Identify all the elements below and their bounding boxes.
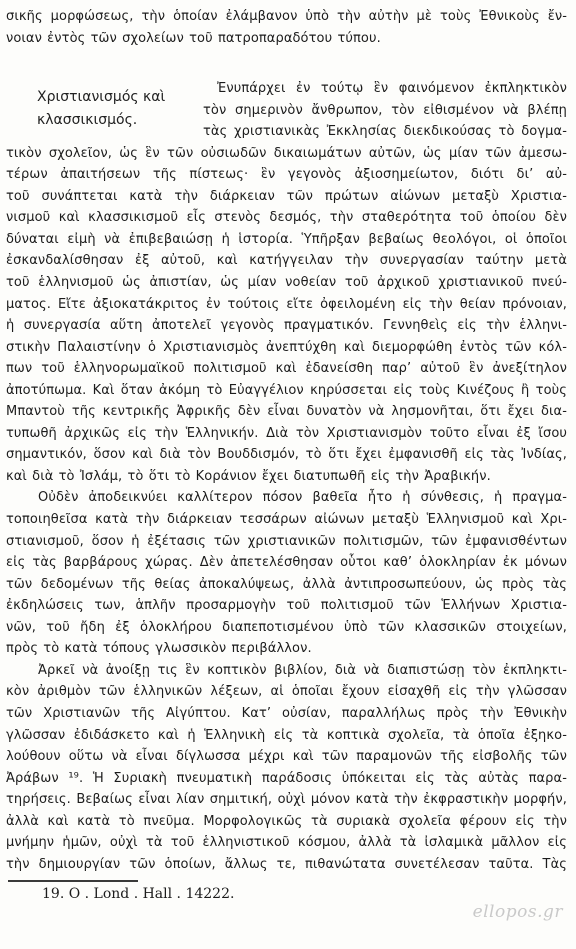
- text-line: τῶν δεδομένων τῆς θείας ἀποκαλύψεως, ἀλλ…: [6, 574, 567, 596]
- text-line: Μπαντοὺ τῆς κεντρικῆς Ἀφρικῆς δὲν εἶναι …: [6, 401, 567, 423]
- text-line: τὴν δημιουργίαν τῶν ὁποίων, ἄλλως τε, πι…: [6, 854, 567, 876]
- text-line: εἰς τὰς βαρβάρους χώρας. Δὲν ἀπετελέσθησ…: [6, 552, 567, 574]
- text-line: τοῦ ἑλληνισμοῦ ὡς ἀπιστίαν, ὡς μίαν νοθε…: [6, 272, 567, 294]
- text-lines: σικῆς μορφώσεως, τὴν ὁποίαν ἐλάμβανον ὑπ…: [6, 6, 567, 875]
- text-line: Ἐνυπάρχει ἐν τούτῳ ἓν φαινόμενον ἐκπληκτ…: [203, 78, 567, 100]
- text-line: κὸν ἀριθμὸν τῶν ἑλληνικῶν λέξεων, αἱ ὁπο…: [6, 681, 567, 703]
- text-line: καὶ διὰ τὸ Ἰσλάμ, τὸ ὅτι τὸ Κοράνιον ἔχε…: [6, 466, 567, 488]
- text-line: τυπωθῆ ἀρχικῶς εἰς τὴν Ἑλληνικήν. Διὰ τὸ…: [6, 423, 567, 445]
- text-line: τικὸν σχολεῖον, ὡς ἓν τῶν οὐσιωδῶν δικαι…: [6, 143, 567, 165]
- text-line: νισμοῦ καὶ κλασσικισμοῦ εἷς στενὸς δεσμό…: [6, 207, 567, 229]
- text-line: τοποιηθεῖσα κατὰ τὴν διάρκειαν τεσσάρων …: [6, 509, 567, 531]
- watermark: ellopos.gr: [473, 902, 563, 922]
- text-line: τῶν Χριστιανῶν τῆς Αἰγύπτου. Κατ’ οὐσίαν…: [6, 703, 567, 725]
- text-line: μνήμην ἡμῶν, οὐχὶ τὰ τοῦ ἑλληνιστικοῦ κό…: [6, 832, 567, 854]
- text-line: τὰς χριστιανικὰς Ἐκκλησίας διεκδικούσας …: [203, 121, 567, 143]
- text-line: νοιαν ἐντὸς τῶν σχολείων τοῦ πατροπαραδό…: [6, 28, 567, 50]
- text-line: σικῆς μορφώσεως, τὴν ὁποίαν ἐλάμβανον ὑπ…: [6, 6, 567, 28]
- text-line: Οὐδὲν ἀποδεικνύει καλλίτερον πόσον βαθεῖ…: [6, 487, 567, 509]
- text-line: στικὴν Παλαιστίνην ὁ Χριστιανισμὸς ἀνεπτ…: [6, 337, 567, 359]
- text-line: ἐσκανδαλίσθησαν ἐξ αὐτοῦ, καὶ κατήγγειλα…: [6, 250, 567, 272]
- text-line: τηρήσεις. Βεβαίως εἶναι λίαν σημιτική, ο…: [6, 789, 567, 811]
- text-line: σημαντικόν, ὅσον καὶ διὰ τὸν Βουδδισμόν,…: [6, 444, 567, 466]
- scanned-book-page: Χριστιανισμός καὶ κλασσικισμός. σικῆς μο…: [0, 0, 576, 949]
- text-line: πρὸς τὸ κατὰ τόπους γλωσσικὸν περιβάλλον…: [6, 638, 567, 660]
- text-line: ματος. Εἴτε ἀξιοκατάκριτος ἐν τούτοις εἴ…: [6, 294, 567, 316]
- text-line: Ἀρκεῖ νὰ ἀνοίξῃ τις ἓν κοπτικὸν βιβλίον,…: [6, 660, 567, 682]
- text-line: ἀποτύπωμα. Καὶ ὅταν ἀκόμη τὸ Εὐαγγέλιον …: [6, 380, 567, 402]
- text-line: ἀλλὰ καὶ κατὰ τὸ πνεῦμα. Μορφολογικῶς τὰ…: [6, 811, 567, 833]
- text-line: δύναται εἰμὴ νὰ ἐπιβεβαιώσῃ ἡ ἱστορία. Ὑ…: [6, 229, 567, 251]
- text-line: ἡ συνεργασία αὕτη ἀποτελεῖ γεγονὸς πραγμ…: [6, 315, 567, 337]
- text-line: γλῶσσαν ἐδιδάσκετο καὶ ἡ Ἑλληνικὴ εἰς τὰ…: [6, 725, 567, 747]
- text-line: στιανισμοῦ, ὅσον ἡ ἐξέτασις τῶν χριστιαν…: [6, 531, 567, 553]
- text-line: τέρων ἀπαιτήσεων τῆς πίστεως· ἓν γεγονὸς…: [6, 164, 567, 186]
- text-line: Ἀράβων ¹⁹. Ἡ Συριακὴ πνευματικὴ παράδοσι…: [6, 768, 567, 790]
- text-line: τὸν σημερινὸν ἄνθρωπον, τὸν εἰθισμένον ν…: [203, 100, 567, 122]
- text-line: νῶν, τοῦ ἤδη ἐξ ὁλοκλήρου διαπεποτισμένο…: [6, 617, 567, 639]
- footnote-divider: [8, 880, 138, 882]
- text-line: τοῦ συνάπτεται κατὰ τὴν διάρκειαν τῶν πρ…: [6, 186, 567, 208]
- text-line: ἐκδηλώσεις των, ἁπλῆν προσαρμογὴν τοῦ πο…: [6, 595, 567, 617]
- text-line: λούθουν οὕτω νὰ εἶναι δίγλωσσα μέχρι καὶ…: [6, 746, 567, 768]
- body-text: σικῆς μορφώσεως, τὴν ὁποίαν ἐλάμβανον ὑπ…: [6, 6, 567, 904]
- text-line: πων τοῦ ἑλληνορωμαϊκοῦ πολιτισμοῦ καὶ ἐδ…: [6, 358, 567, 380]
